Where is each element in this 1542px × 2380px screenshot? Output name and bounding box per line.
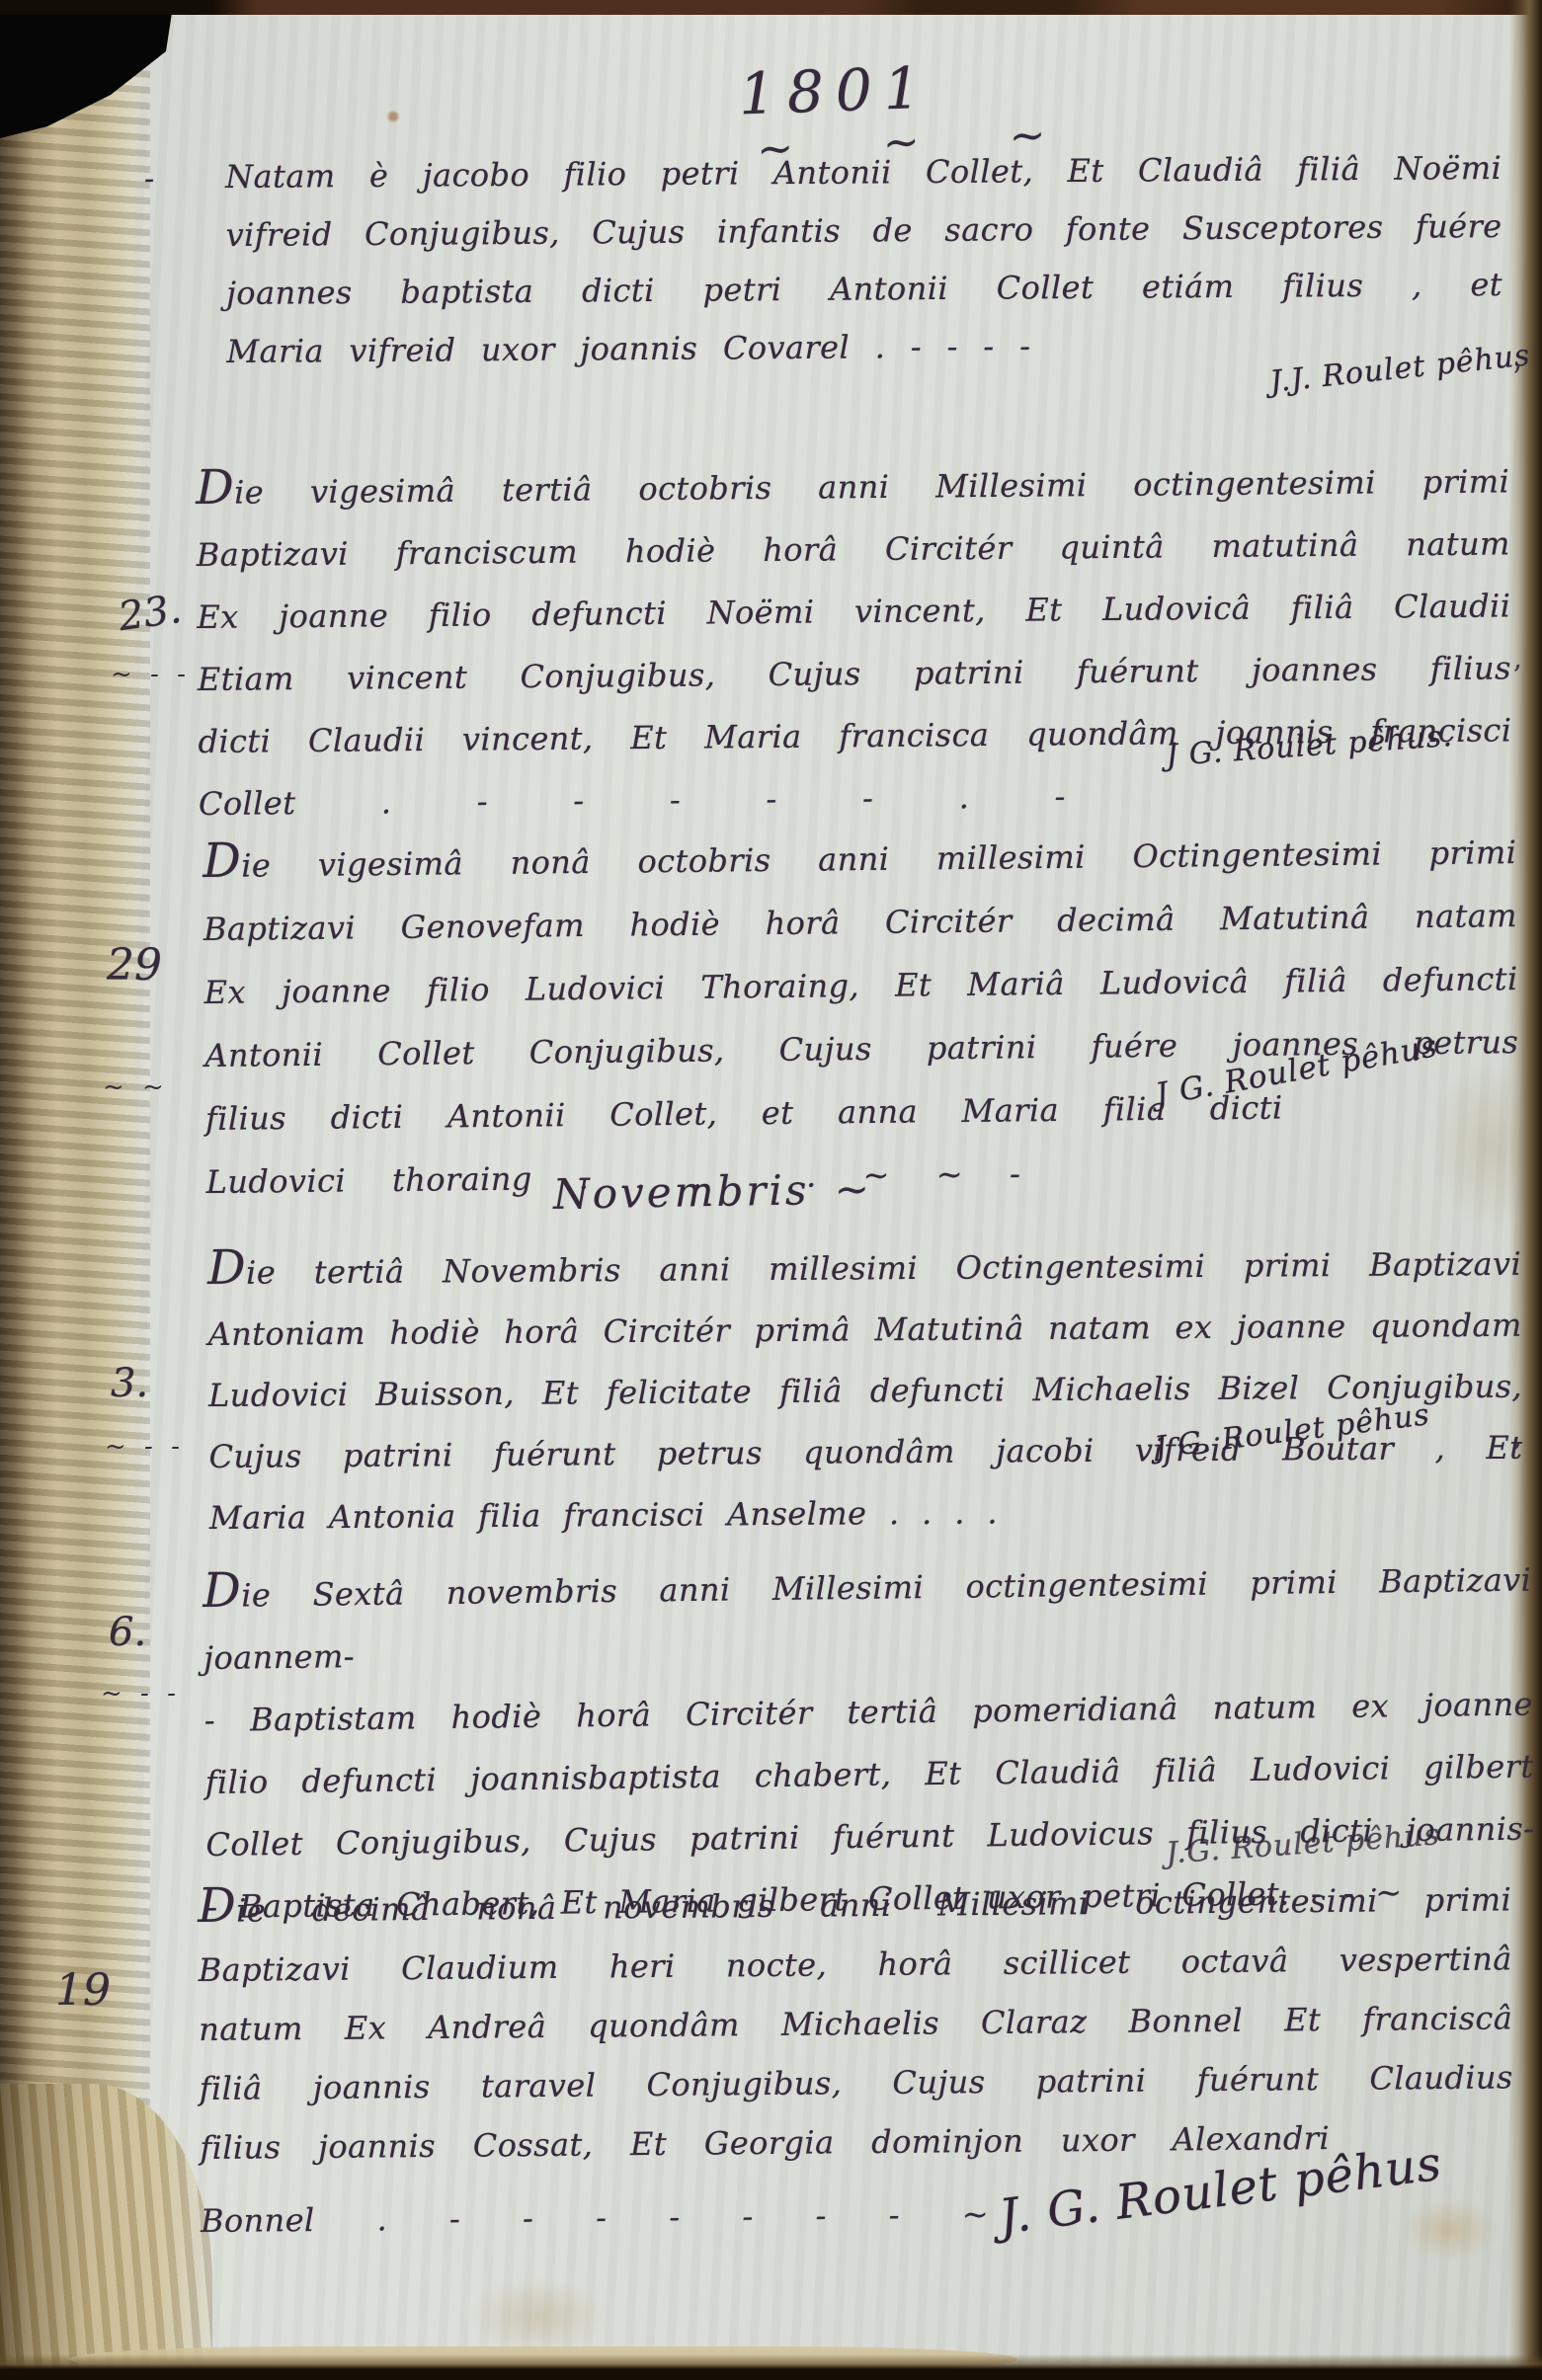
manuscript-line: Die vigesimâ tertiâ octobris anni Milles… (196, 450, 1509, 524)
manuscript-line: Etiam vincent Conjugibus, Cujus patrini … (198, 637, 1511, 711)
manuscript-line: vifreid Conjugibus, Cujus infantis de sa… (225, 198, 1501, 265)
manuscript-line: Die tertiâ Novembris anni millesimi Octi… (207, 1233, 1521, 1304)
margin-dashes: ~ - - (101, 1679, 181, 1708)
manuscript-line: filius joannis Cossat, Et Georgia dominj… (200, 2108, 1330, 2178)
margin-entry-number: 6. (109, 1610, 146, 1655)
edge-ink-mark: , (1513, 642, 1522, 674)
manuscript-line: Maria Antonia filia francisci Anselme . … (209, 1481, 998, 1548)
baptism-entry: Natam è jacobo filio petri Antonii Colle… (225, 139, 1503, 381)
baptism-entry: Die tertiâ Novembris anni millesimi Octi… (207, 1233, 1523, 1548)
manuscript-line: Maria vifreid uxor joannis Covarel . - -… (226, 317, 1030, 381)
baptism-entry: Die vigesimâ nonâ octobris anni millesim… (203, 821, 1520, 1214)
scanned-register-page: 1801 ~ ~ ~ - Natam è jacobo filio petri … (0, 0, 1542, 2380)
margin-entry-number: - (144, 162, 154, 197)
manuscript-line: Baptizavi franciscum hodiè horâ Circitér… (197, 513, 1510, 587)
month-section-header: Novembris ~ (553, 1164, 873, 1219)
manuscript-line: Natam è jacobo filio petri Antonii Colle… (225, 139, 1501, 206)
edge-ink-mark: , (1513, 1420, 1522, 1453)
margin-entry-number: 23. (116, 587, 184, 640)
margin-entry-number: 29 (107, 940, 162, 991)
top-edge-shadow (0, 0, 1542, 15)
manuscript-line: Antoniam hodiè horâ Circitér primâ Matut… (207, 1295, 1521, 1365)
manuscript-line: Bonnel . - - - - - - - ~ (201, 2184, 989, 2251)
bottom-edge-shadow (0, 2354, 1542, 2380)
manuscript-line: joannes baptista dicti petri Antonii Col… (226, 256, 1502, 323)
manuscript-line: filius dicti Antonii Collet, et anna Mar… (205, 1076, 1283, 1150)
book-binding-edge (0, 0, 150, 2380)
manuscript-line: Ex joanne filio defuncti Noëmi vincent, … (197, 575, 1510, 649)
margin-dashes: ~ ~ (103, 1072, 169, 1102)
edge-ink-mark: , (1513, 344, 1522, 376)
margin-dashes: ~ - - (105, 1432, 185, 1462)
margin-entry-number: 3. (111, 1361, 148, 1406)
manuscript-line: Die Sextâ novembris anni Millesimi octin… (203, 1549, 1532, 1690)
margin-dashes: ~ - - (111, 660, 191, 689)
baptism-entry: Die vigesimâ tertiâ octobris anni Milles… (196, 450, 1512, 835)
margin-entry-number: 19 (55, 1965, 111, 2016)
manuscript-line: Collet . - - - - - . - (199, 765, 1066, 835)
